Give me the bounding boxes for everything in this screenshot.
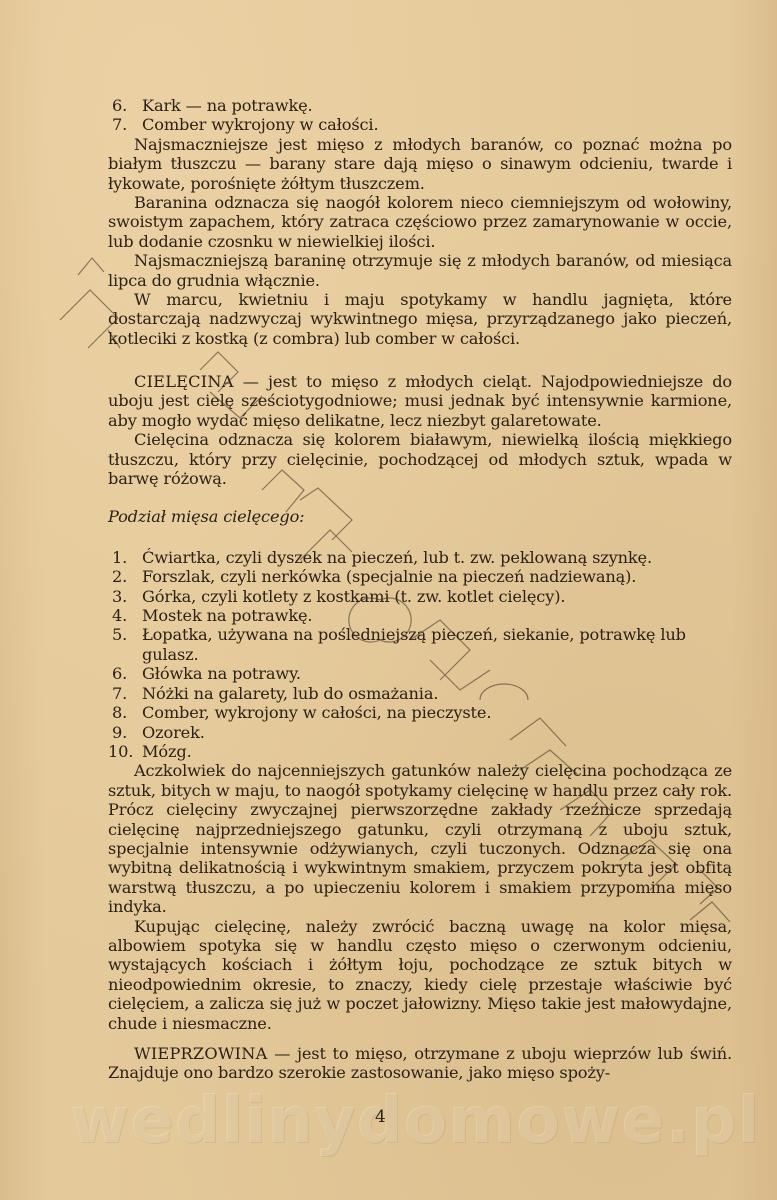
- list-text: Główka na potrawy.: [142, 664, 732, 683]
- paragraph-best-veal: Aczkolwiek do najcenniejszych gatunków n…: [108, 761, 732, 916]
- list-text: Ozorek.: [142, 723, 732, 742]
- list-number: 2.: [108, 567, 142, 586]
- list-text: Łopatka, używana na pośledniejszą piecze…: [142, 625, 732, 664]
- veal-cut-item: 5. Łopatka, używana na pośledniejszą pie…: [108, 625, 732, 664]
- section-title-veal: CIELĘCINA: [134, 372, 234, 391]
- list-number: 6.: [108, 664, 142, 683]
- veal-cut-item: 6. Główka na potrawy.: [108, 664, 732, 683]
- list-number: 4.: [108, 606, 142, 625]
- paragraph-lambs: W marcu, kwietniu i maju spotykamy w han…: [108, 290, 732, 348]
- list-number: 7.: [108, 115, 142, 134]
- list-text: Comber wykrojony w całości.: [142, 115, 732, 134]
- list-text: Nóżki na galarety, lub do osmażania.: [142, 684, 732, 703]
- site-watermark: wedlinydomowe.pl: [70, 1084, 761, 1158]
- list-number: 10.: [108, 742, 142, 761]
- section-title-pork: WIEPRZOWINA: [134, 1044, 268, 1063]
- veal-division-list: 1. Ćwiartka, czyli dyszek na pieczeń, lu…: [108, 548, 732, 761]
- veal-cut-item: 10. Mózg.: [108, 742, 732, 761]
- list-number: 5.: [108, 625, 142, 664]
- list-number: 7.: [108, 684, 142, 703]
- list-text: Ćwiartka, czyli dyszek na pieczeń, lub t…: [142, 548, 732, 567]
- veal-cut-item: 9. Ozorek.: [108, 723, 732, 742]
- lamb-cut-item: 7. Comber wykrojony w całości.: [108, 115, 732, 134]
- paragraph-buying-veal: Kupując cielęcinę, należy zwrócić baczną…: [108, 917, 732, 1033]
- veal-cut-item: 7. Nóżki na galarety, lub do osmażania.: [108, 684, 732, 703]
- paragraph-veal-color: Cielęcina odznacza się kolorem białawym,…: [108, 430, 732, 488]
- list-number: 8.: [108, 703, 142, 722]
- veal-cut-item: 8. Comber, wykrojony w całości, na piecz…: [108, 703, 732, 722]
- division-heading: Podział mięsa cielęcego:: [108, 507, 732, 526]
- lamb-cut-item: 6. Kark — na potrawkę.: [108, 96, 732, 115]
- list-number: 1.: [108, 548, 142, 567]
- list-text: Kark — na potrawkę.: [142, 96, 732, 115]
- veal-section: CIELĘCINA — jest to mięso z młodych ciel…: [108, 372, 732, 1033]
- paragraph-best-season: Najsmaczniejszą baraninę otrzymuje się z…: [108, 251, 732, 290]
- page-number: 4: [375, 1107, 386, 1127]
- veal-cut-item: 4. Mostek na potrawkę.: [108, 606, 732, 625]
- veal-cut-item: 3. Górka, czyli kotlety z kostkami (t. z…: [108, 587, 732, 606]
- lamb-section: 6. Kark — na potrawkę. 7. Comber wykrojo…: [108, 96, 732, 348]
- list-text: Mózg.: [142, 742, 732, 761]
- paragraph-young-rams: Najsmaczniejsze jest mięso z młodych bar…: [108, 135, 732, 193]
- veal-cut-item: 2. Forszlak, czyli nerkówka (specjalnie …: [108, 567, 732, 586]
- pork-section: WIEPRZOWINA — jest to mięso, otrzymane z…: [108, 1044, 732, 1083]
- paragraph-pork-intro: WIEPRZOWINA — jest to mięso, otrzymane z…: [108, 1044, 732, 1083]
- veal-cut-item: 1. Ćwiartka, czyli dyszek na pieczeń, lu…: [108, 548, 732, 567]
- list-number: 6.: [108, 96, 142, 115]
- list-number: 9.: [108, 723, 142, 742]
- paragraph-veal-intro: CIELĘCINA — jest to mięso z młodych ciel…: [108, 372, 732, 430]
- list-text: Forszlak, czyli nerkówka (specjalnie na …: [142, 567, 732, 586]
- list-text: Mostek na potrawkę.: [142, 606, 732, 625]
- list-number: 3.: [108, 587, 142, 606]
- list-text: Comber, wykrojony w całości, na pieczyst…: [142, 703, 732, 722]
- list-text: Górka, czyli kotlety z kostkami (t. zw. …: [142, 587, 732, 606]
- scanned-book-page: 6. Kark — na potrawkę. 7. Comber wykrojo…: [0, 0, 777, 1200]
- paragraph-mutton-color: Baranina odznacza się naogół kolorem nie…: [108, 193, 732, 251]
